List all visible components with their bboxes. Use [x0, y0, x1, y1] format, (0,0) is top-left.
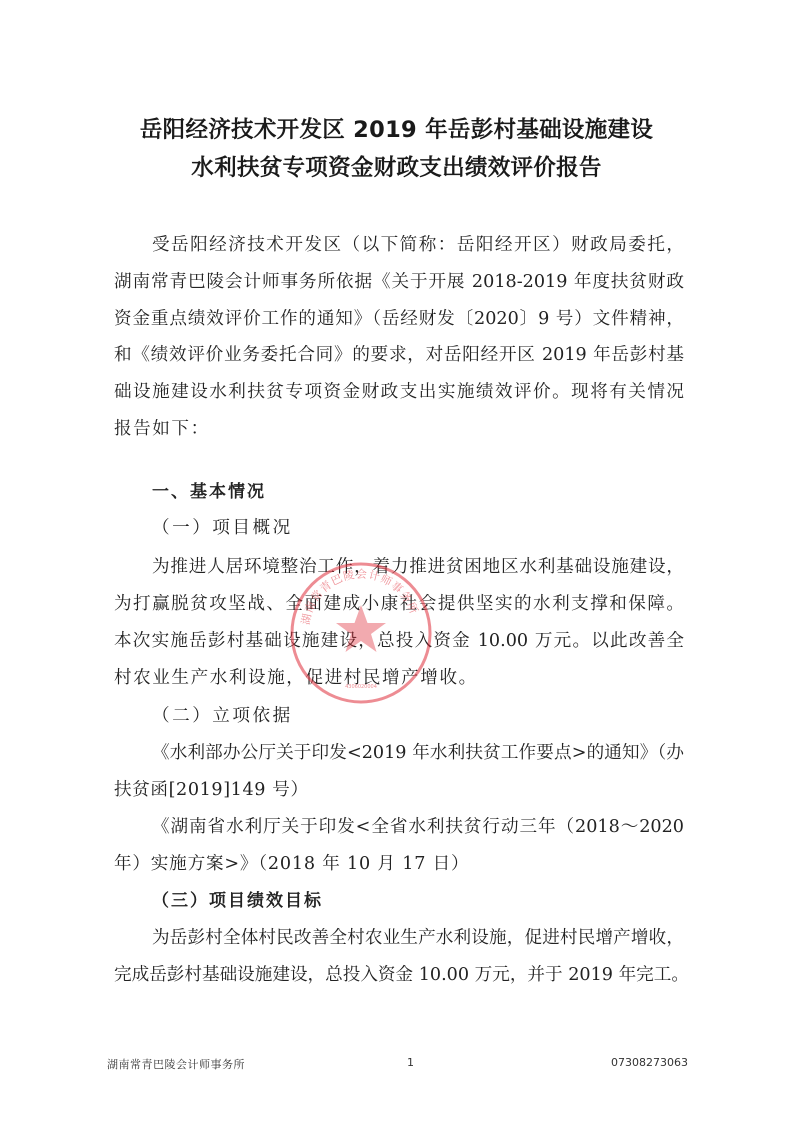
intro-line: 资金重点绩效评价工作的通知》（岳经财发〔2020〕9 号）文件精神， [114, 307, 684, 331]
basis-line: 《水利部办公厅关于印发<2019 年水利扶贫工作要点>的通知》（办 [152, 741, 684, 765]
basis-line: 扶贫函[2019]149 号） [114, 778, 684, 802]
overview-line: 为推进人居环境整治工作，着力推进贫困地区水利基础设施建设， [152, 555, 684, 579]
subsection-heading-basis: （二）立项依据 [152, 704, 684, 728]
footer-firm-name: 湖南常青巴陵会计师事务所 [107, 1056, 245, 1072]
overview-line: 村农业生产水利设施，促进村民增产增收。 [114, 666, 684, 690]
intro-line: 湖南常青巴陵会计师事务所依据《关于开展 2018-2019 年度扶贫财政 [114, 270, 684, 294]
intro-line: 和《绩效评价业务委托合同》的要求，对岳阳经开区 2019 年岳彭村基 [114, 343, 684, 367]
subsection-heading-goals: （三）项目绩效目标 [152, 889, 684, 913]
report-title-line-1: 岳阳经济技术开发区 2019 年岳彭村基础设施建设 [0, 112, 793, 144]
intro-line: 受岳阳经济技术开发区（以下简称：岳阳经开区）财政局委托， [152, 233, 684, 257]
goals-line: 为岳彭村全体村民改善全村农业生产水利设施，促进村民增产增收， [152, 926, 684, 950]
basis-line: 《湖南省水利厅关于印发<全省水利扶贫行动三年（2018～2020 [152, 815, 684, 839]
goals-line: 完成岳彭村基础设施建设，总投入资金 10.00 万元，并于 2019 年完工。 [114, 963, 684, 987]
footer-phone: 07308273063 [611, 1056, 688, 1069]
overview-line: 为打赢脱贫攻坚战、全面建成小康社会提供坚实的水利支撑和保障。 [114, 592, 684, 616]
document-page: 岳阳经济技术开发区 2019 年岳彭村基础设施建设 水利扶贫专项资金财政支出绩效… [0, 0, 793, 1121]
basis-line: 年）实施方案>》（2018 年 10 月 17 日） [114, 852, 684, 876]
overview-line: 本次实施岳彭村基础设施建设，总投入资金 10.00 万元。以此改善全 [114, 629, 684, 653]
page-number: 1 [407, 1056, 414, 1069]
section-heading-basic-info: 一、基本情况 [152, 480, 684, 504]
report-title-line-2: 水利扶贫专项资金财政支出绩效评价报告 [0, 150, 793, 182]
intro-line: 础设施建设水利扶贫专项资金财政支出实施绩效评价。现将有关情况 [114, 380, 684, 404]
intro-line: 报告如下： [114, 417, 684, 441]
subsection-heading-overview: （一）项目概况 [152, 516, 684, 540]
